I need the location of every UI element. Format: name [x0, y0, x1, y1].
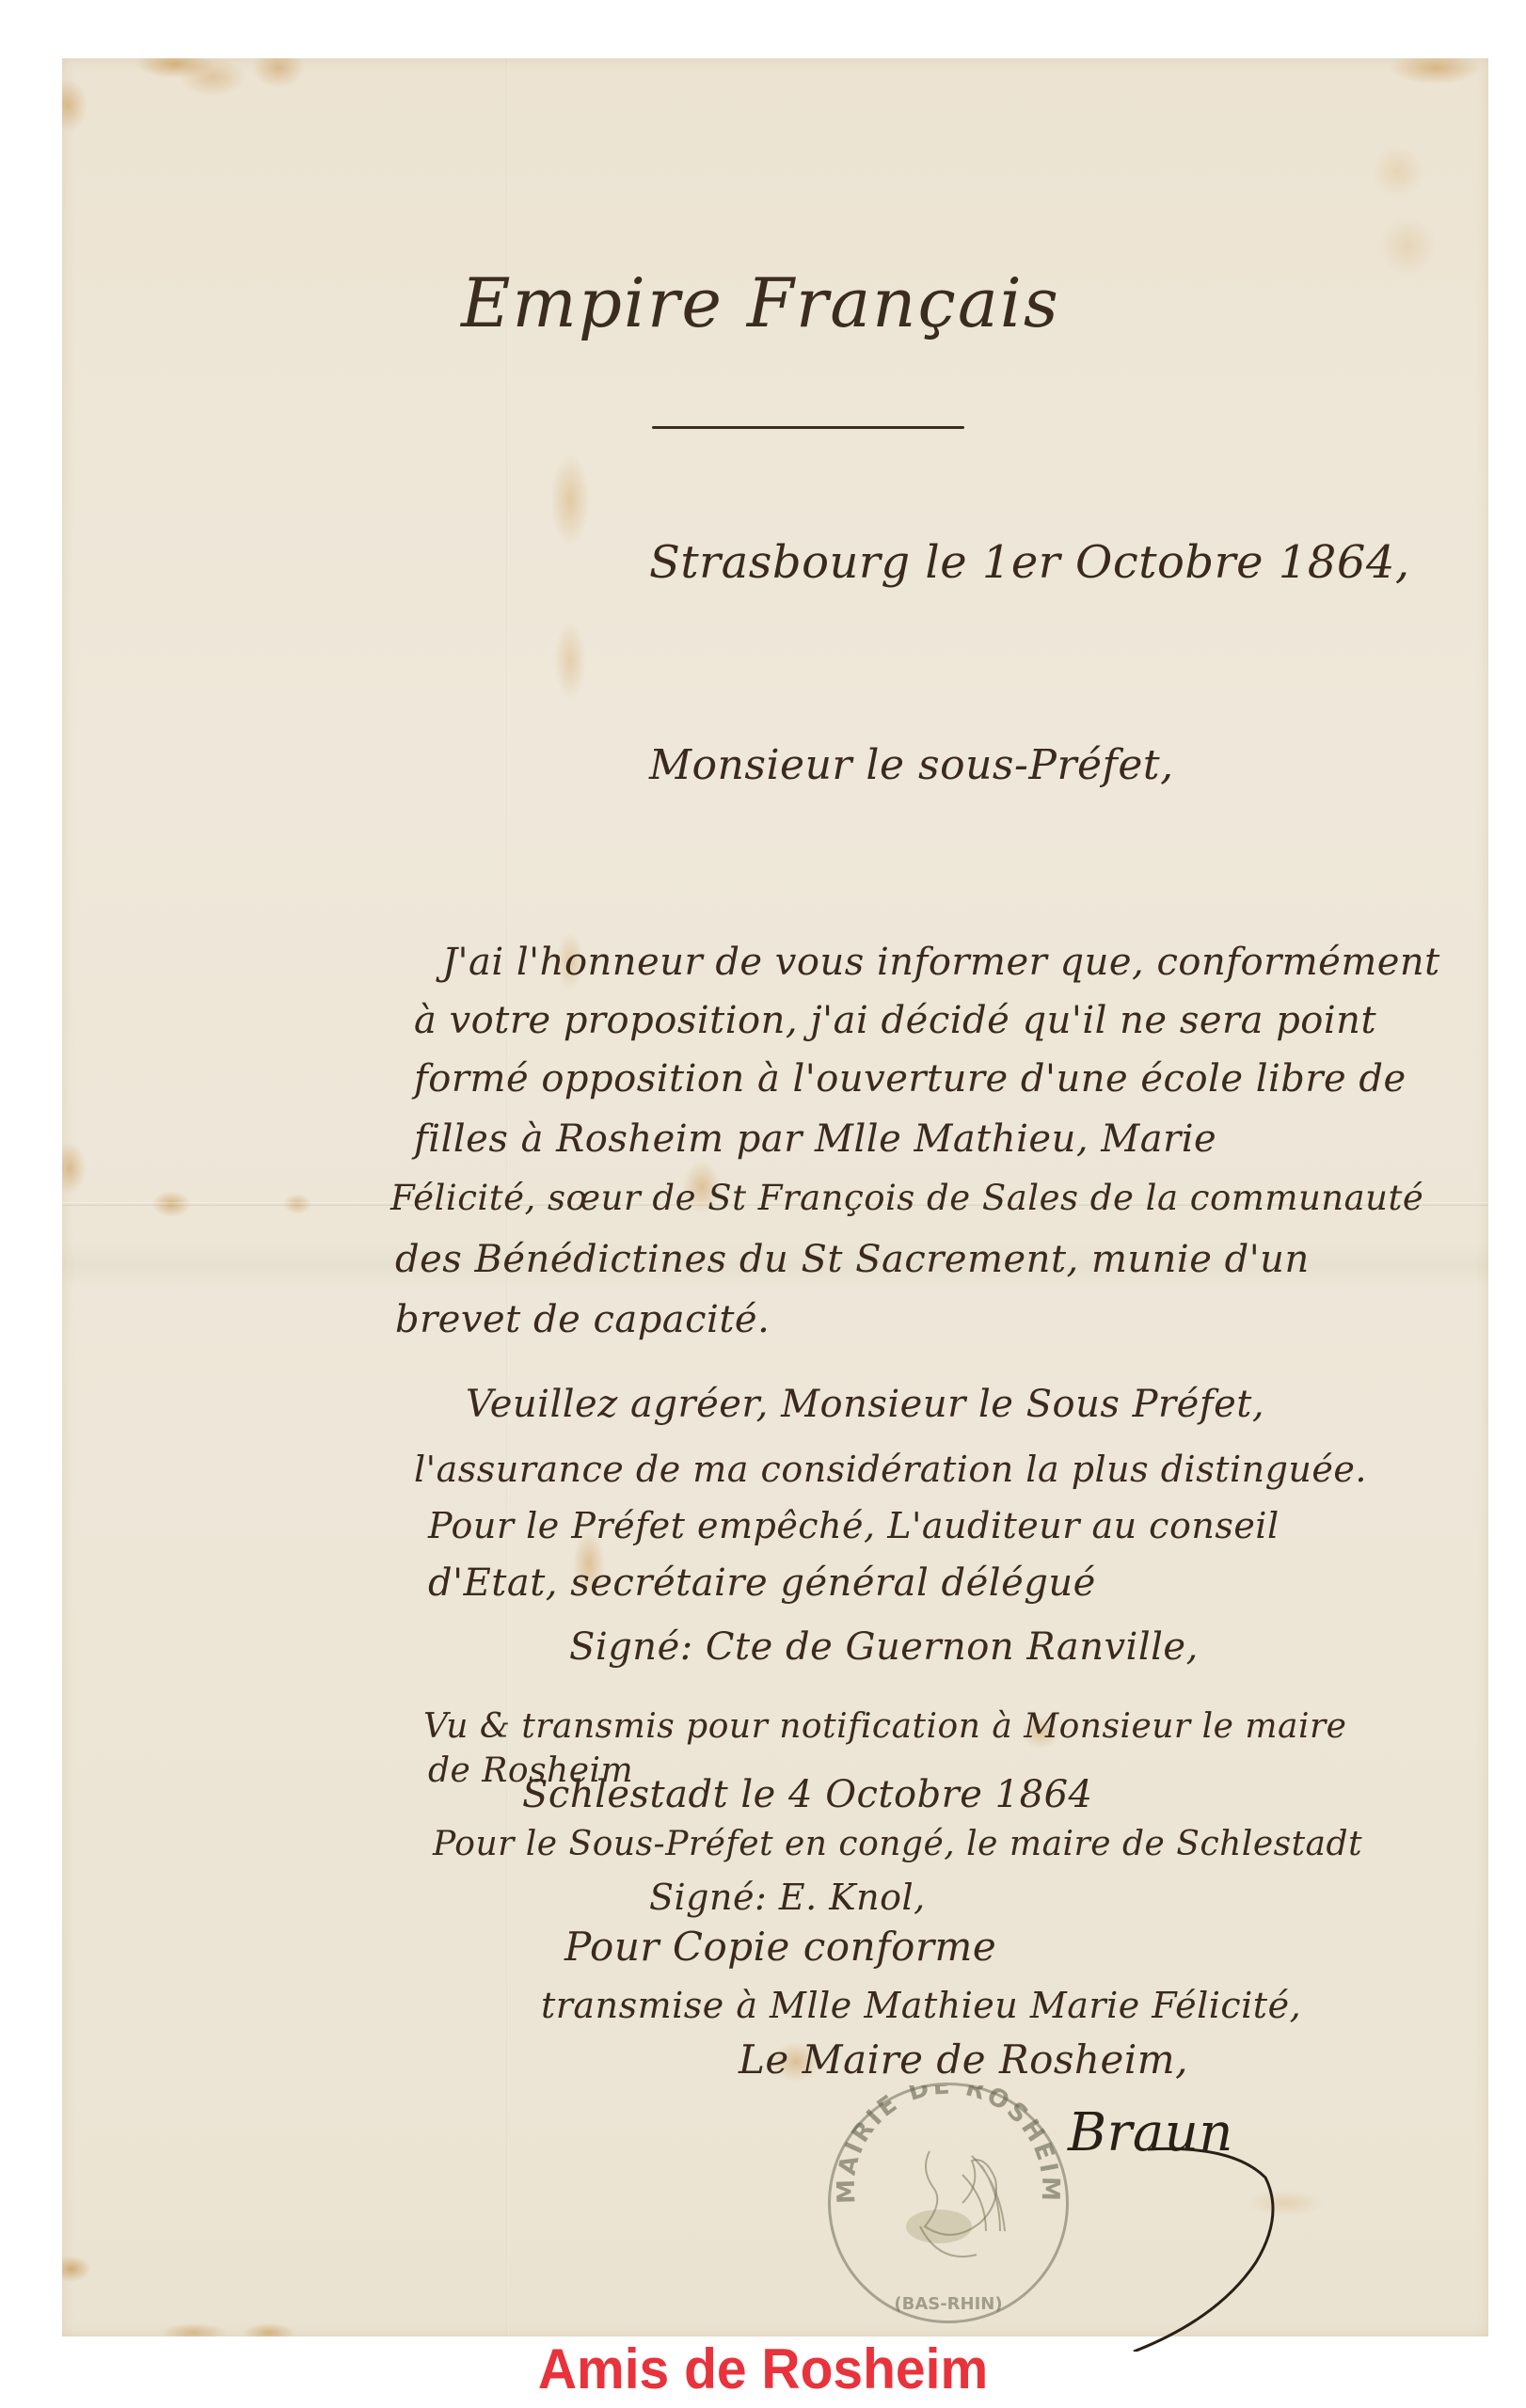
svg-text:MAIRIE DE ROSHEIM: MAIRIE DE ROSHEIM — [833, 2085, 1065, 2204]
body-line: Félicité, sœur de St François de Sales d… — [390, 1178, 1423, 1218]
copy-line: transmise à Mlle Mathieu Marie Félicité, — [541, 1985, 1301, 2026]
watermark-caption: Amis de Rosheim — [39, 2337, 1488, 2401]
signature-flourish-icon — [1129, 2145, 1298, 2352]
copy-line: Pour Copie conforme — [564, 1924, 996, 1970]
body-line: formé opposition à l'ouverture d'une éco… — [414, 1057, 1407, 1101]
body-line: brevet de capacité. — [395, 1298, 770, 1341]
body-line: des Bénédictines du St Sacrement, munie … — [395, 1238, 1310, 1281]
header-underline — [652, 426, 964, 429]
knol-signature-line: Signé: E. Knol, — [649, 1877, 926, 1918]
copy-line: Le Maire de Rosheim, — [739, 2036, 1188, 2083]
closing-line: d'Etat, secrétaire général délégué — [428, 1561, 1096, 1605]
forwarding-dateline: Schlestadt le 4 Octobre 1864 — [522, 1773, 1092, 1816]
prefect-signature-line: Signé: Cte de Guernon Ranville, — [569, 1625, 1199, 1669]
forwarding-line: Vu & transmis pour notification à Monsie… — [423, 1707, 1346, 1746]
forwarding-line: Pour le Sous-Préfet en congé, le maire d… — [433, 1825, 1362, 1863]
document-header: Empire Français — [461, 263, 1060, 342]
svg-text:(BAS-RHIN): (BAS-RHIN) — [894, 2294, 1002, 2314]
dateline: Strasbourg le 1er Octobre 1864, — [649, 536, 1410, 589]
mairie-seal-stamp: MAIRIE DE ROSHEIM (BAS-RHIN) — [828, 2083, 1069, 2323]
salutation: Monsieur le sous-Préfet, — [649, 741, 1174, 789]
closing-line: l'assurance de ma considération la plus … — [414, 1449, 1367, 1490]
body-line: à votre proposition, j'ai décidé qu'il n… — [414, 999, 1376, 1042]
closing-line: Veuillez agréer, Monsieur le Sous Préfet… — [466, 1383, 1264, 1426]
body-line: J'ai l'honneur de vous informer que, con… — [442, 941, 1440, 984]
eagle-emblem-icon: MAIRIE DE ROSHEIM (BAS-RHIN) — [831, 2085, 1066, 2321]
body-line: filles à Rosheim par Mlle Mathieu, Marie — [414, 1117, 1216, 1161]
closing-line: Pour le Préfet empêché, L'auditeur au co… — [428, 1505, 1280, 1546]
